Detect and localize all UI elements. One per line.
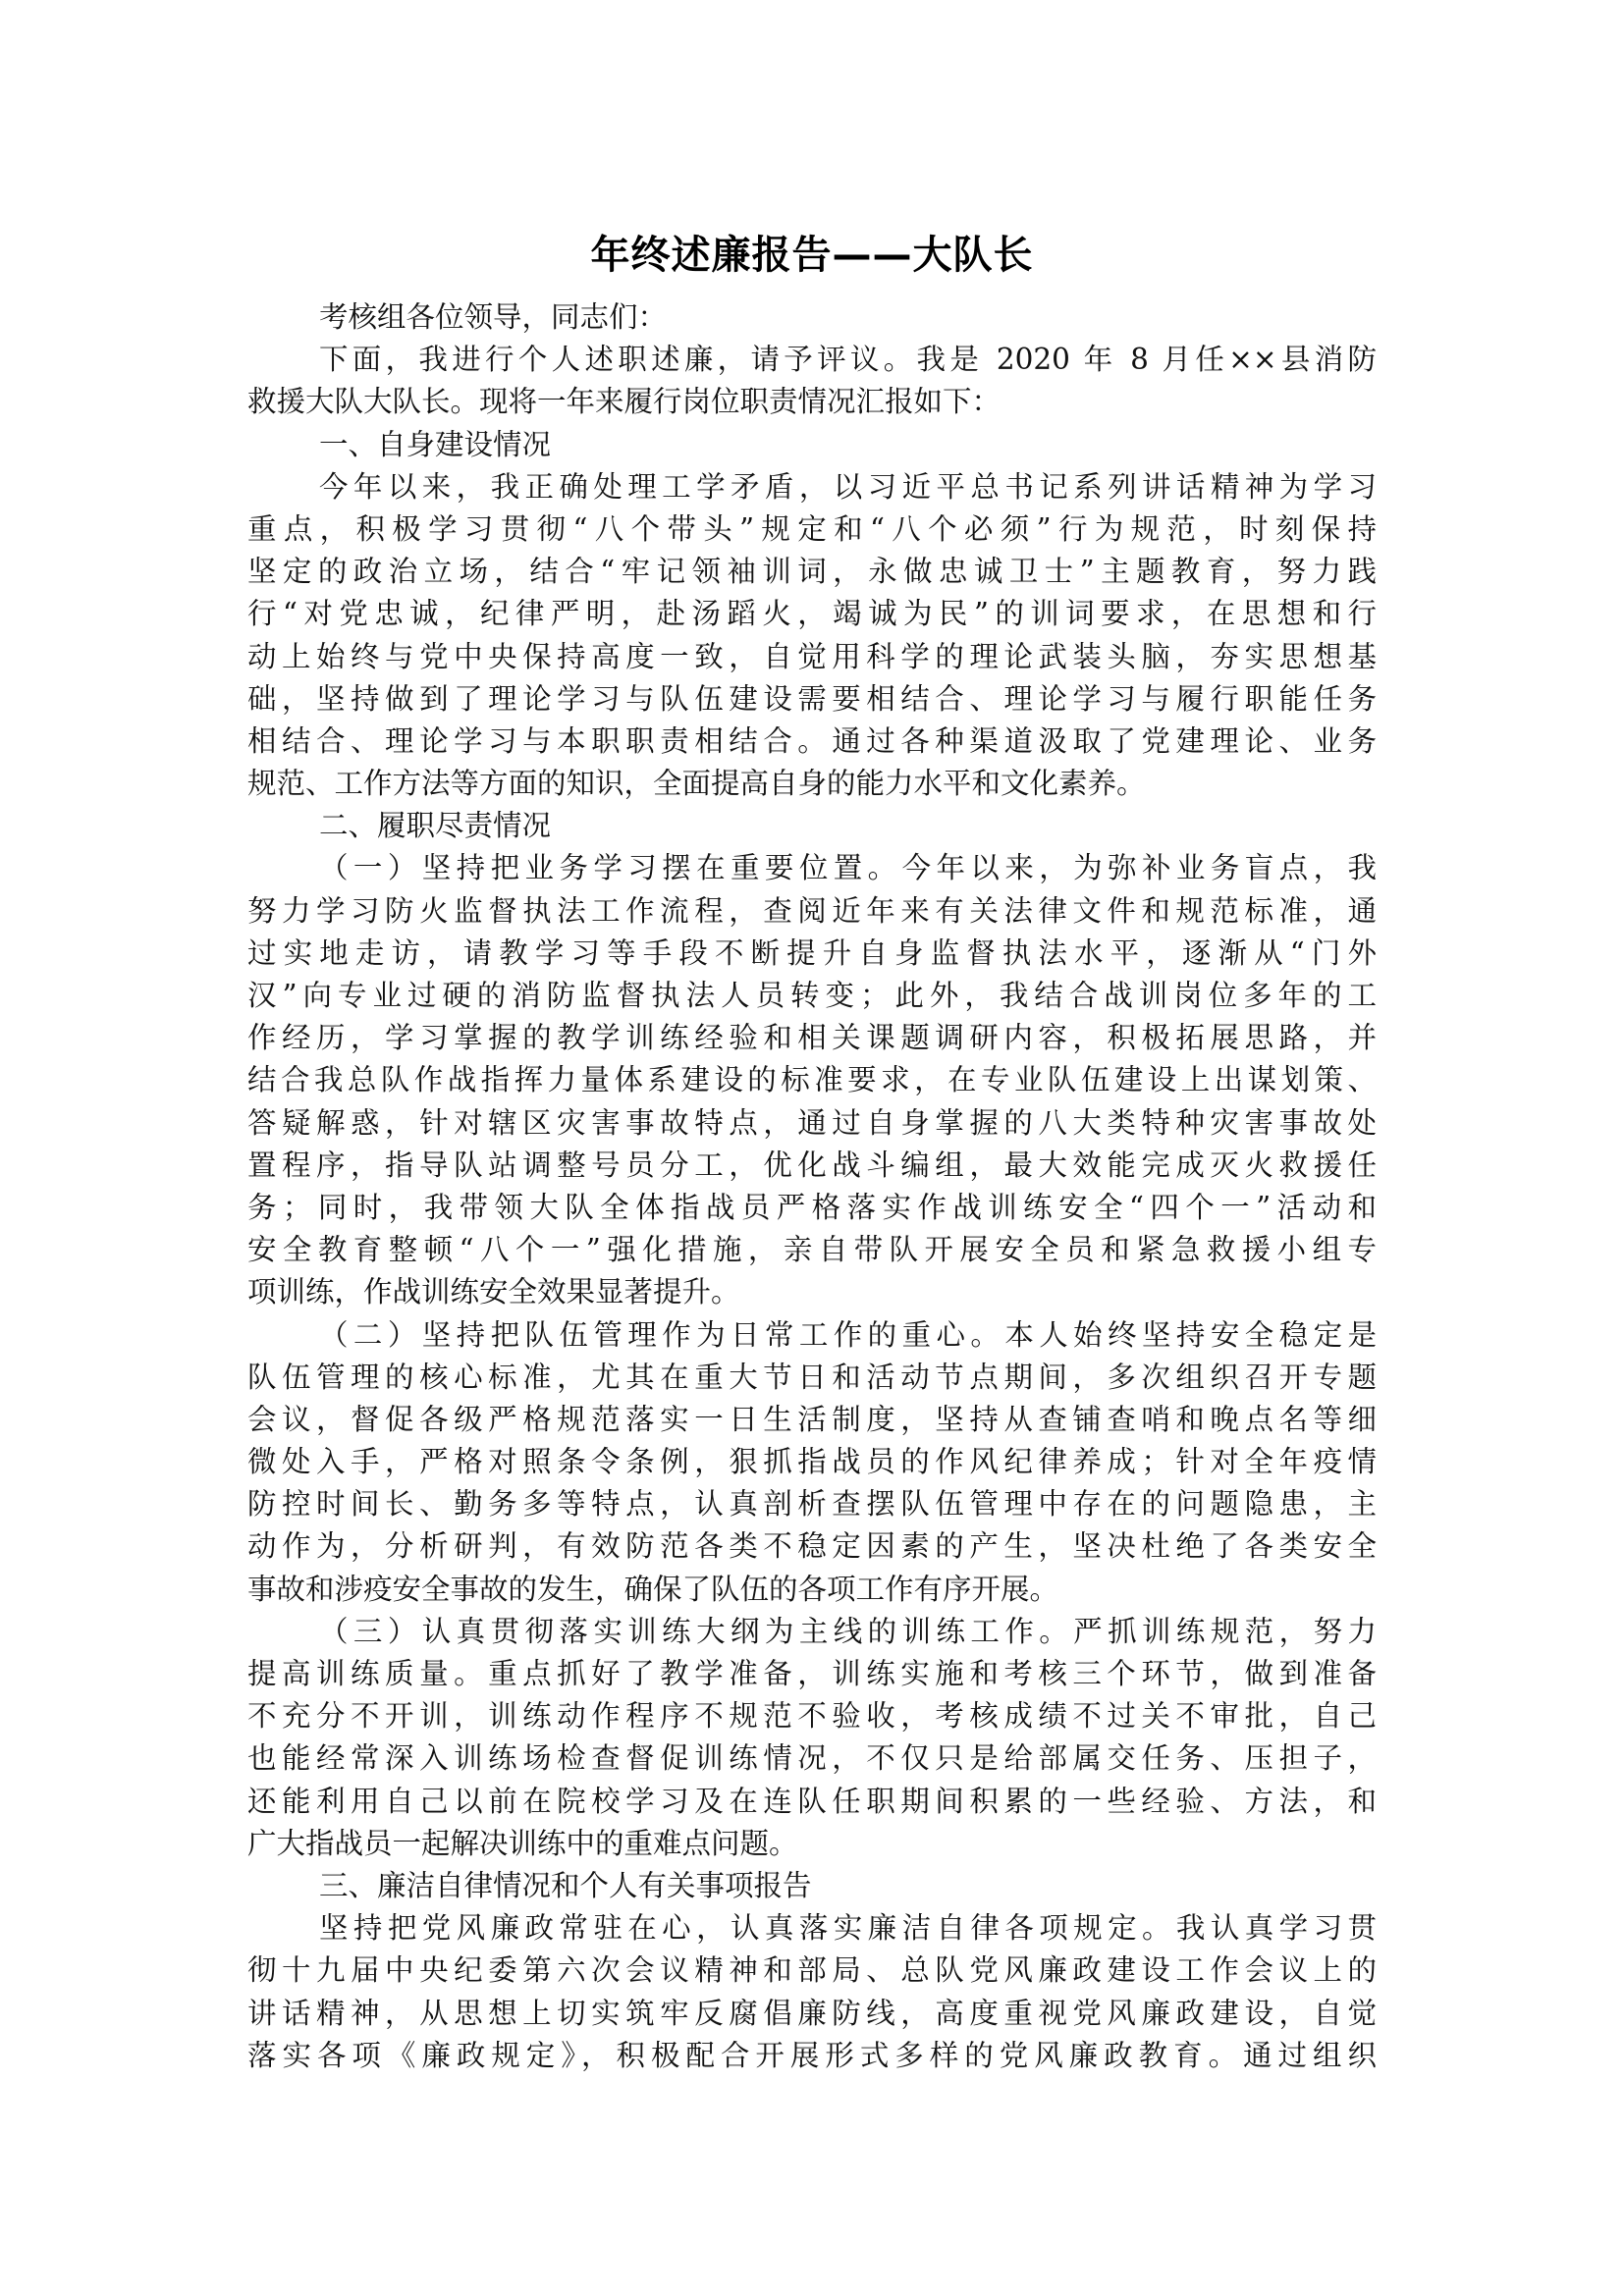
document-title: 年终述廉报告——大队长 xyxy=(0,228,1624,283)
document-page: 年终述廉报告——大队长 考核组各位领导，同志们：下面，我进行个人述职述廉，请予评… xyxy=(0,0,1624,2296)
text-line: 项训练，作战训练安全效果显著提升。 xyxy=(247,1271,1377,1313)
text-line: 置程序，指导队站调整号员分工，优化战斗编组，最大效能完成灭火救援任 xyxy=(247,1145,1377,1187)
text-line: 救援大队大队长。现将一年来履行岗位职责情况汇报如下： xyxy=(247,381,1377,423)
text-line: 作经历，学习掌握的教学训练经验和相关课题调研内容，积极拓展思路，并 xyxy=(247,1017,1377,1059)
text-line: 讲话精神，从思想上切实筑牢反腐倡廉防线，高度重视党风廉政建设，自觉 xyxy=(247,1993,1377,2035)
text-line: 不充分不开训，训练动作程序不规范不验收，考核成绩不过关不审批，自己 xyxy=(247,1695,1377,1737)
text-line: 落实各项《廉政规定》，积极配合开展形式多样的党风廉政教育。通过组织 xyxy=(247,2035,1377,2077)
text-line: 事故和涉疫安全事故的发生，确保了队伍的各项工作有序开展。 xyxy=(247,1569,1377,1611)
text-line: 会议，督促各级严格规范落实一日生活制度，坚持从查铺查哨和晚点名等细 xyxy=(247,1399,1377,1441)
text-line: 汉”向专业过硬的消防监督执法人员转变；此外，我结合战训岗位多年的工 xyxy=(247,975,1377,1017)
text-line: 坚定的政治立场，结合“牢记领袖训词，永做忠诚卫士”主题教育，努力践 xyxy=(247,551,1377,593)
text-line: 坚持把党风廉政常驻在心，认真落实廉洁自律各项规定。我认真学习贯 xyxy=(247,1907,1377,1949)
text-line: 努力学习防火监督执法工作流程，查阅近年来有关法律文件和规范标准，通 xyxy=(247,890,1377,933)
text-line: 三、廉洁自律情况和个人有关事项报告 xyxy=(247,1865,1377,1907)
text-line: 重点，积极学习贯彻“八个带头”规定和“八个必须”行为规范，时刻保持 xyxy=(247,508,1377,551)
text-line: 相结合、理论学习与本职职责相结合。通过各种渠道汲取了党建理论、业务 xyxy=(247,721,1377,763)
text-line: 动作为，分析研判，有效防范各类不稳定因素的产生，坚决杜绝了各类安全 xyxy=(247,1525,1377,1568)
text-line: 也能经常深入训练场检查督促训练情况，不仅只是给部属交任务、压担子， xyxy=(247,1737,1377,1780)
text-line: 彻十九届中央纪委第六次会议精神和部局、总队党风廉政建设工作会议上的 xyxy=(247,1949,1377,1992)
text-line: 队伍管理的核心标准，尤其在重大节日和活动节点期间，多次组织召开专题 xyxy=(247,1357,1377,1399)
document-body: 考核组各位领导，同志们：下面，我进行个人述职述廉，请予评议。我是 2020 年 … xyxy=(247,296,1377,2077)
text-line: （三）认真贯彻落实训练大纲为主线的训练工作。严抓训练规范，努力 xyxy=(247,1611,1377,1653)
text-line: 规范、工作方法等方面的知识，全面提高自身的能力水平和文化素养。 xyxy=(247,763,1377,805)
text-line: 一、自身建设情况 xyxy=(247,424,1377,466)
text-line: 过实地走访，请教学习等手段不断提升自身监督执法水平，逐渐从“门外 xyxy=(247,933,1377,975)
text-line: 础，坚持做到了理论学习与队伍建设需要相结合、理论学习与履行职能任务 xyxy=(247,678,1377,721)
text-line: 广大指战员一起解决训练中的重难点问题。 xyxy=(247,1823,1377,1865)
text-line: 还能利用自己以前在院校学习及在连队任职期间积累的一些经验、方法，和 xyxy=(247,1781,1377,1823)
text-line: （二）坚持把队伍管理作为日常工作的重心。本人始终坚持安全稳定是 xyxy=(247,1314,1377,1357)
text-line: 下面，我进行个人述职述廉，请予评议。我是 2020 年 8 月任××县消防 xyxy=(247,339,1377,381)
text-line: 考核组各位领导，同志们： xyxy=(247,296,1377,339)
text-line: 动上始终与党中央保持高度一致，自觉用科学的理论武装头脑，夯实思想基 xyxy=(247,636,1377,678)
text-line: 行“对党忠诚，纪律严明，赴汤蹈火，竭诚为民”的训词要求，在思想和行 xyxy=(247,593,1377,635)
text-line: 二、履职尽责情况 xyxy=(247,805,1377,847)
text-line: 答疑解惑，针对辖区灾害事故特点，通过自身掌握的八大类特种灾害事故处 xyxy=(247,1102,1377,1145)
text-line: 务；同时，我带领大队全体指战员严格落实作战训练安全“四个一”活动和 xyxy=(247,1187,1377,1229)
text-line: 今年以来，我正确处理工学矛盾，以习近平总书记系列讲话精神为学习 xyxy=(247,466,1377,508)
text-line: 提高训练质量。重点抓好了教学准备，训练实施和考核三个环节，做到准备 xyxy=(247,1653,1377,1695)
text-line: 安全教育整顿“八个一”强化措施，亲自带队开展安全员和紧急救援小组专 xyxy=(247,1229,1377,1271)
text-line: 防控时间长、勤务多等特点，认真剖析查摆队伍管理中存在的问题隐患，主 xyxy=(247,1483,1377,1525)
text-line: 结合我总队作战指挥力量体系建设的标准要求，在专业队伍建设上出谋划策、 xyxy=(247,1059,1377,1101)
text-line: （一）坚持把业务学习摆在重要位置。今年以来，为弥补业务盲点，我 xyxy=(247,847,1377,889)
text-line: 微处入手，严格对照条令条例，狠抓指战员的作风纪律养成；针对全年疫情 xyxy=(247,1441,1377,1483)
